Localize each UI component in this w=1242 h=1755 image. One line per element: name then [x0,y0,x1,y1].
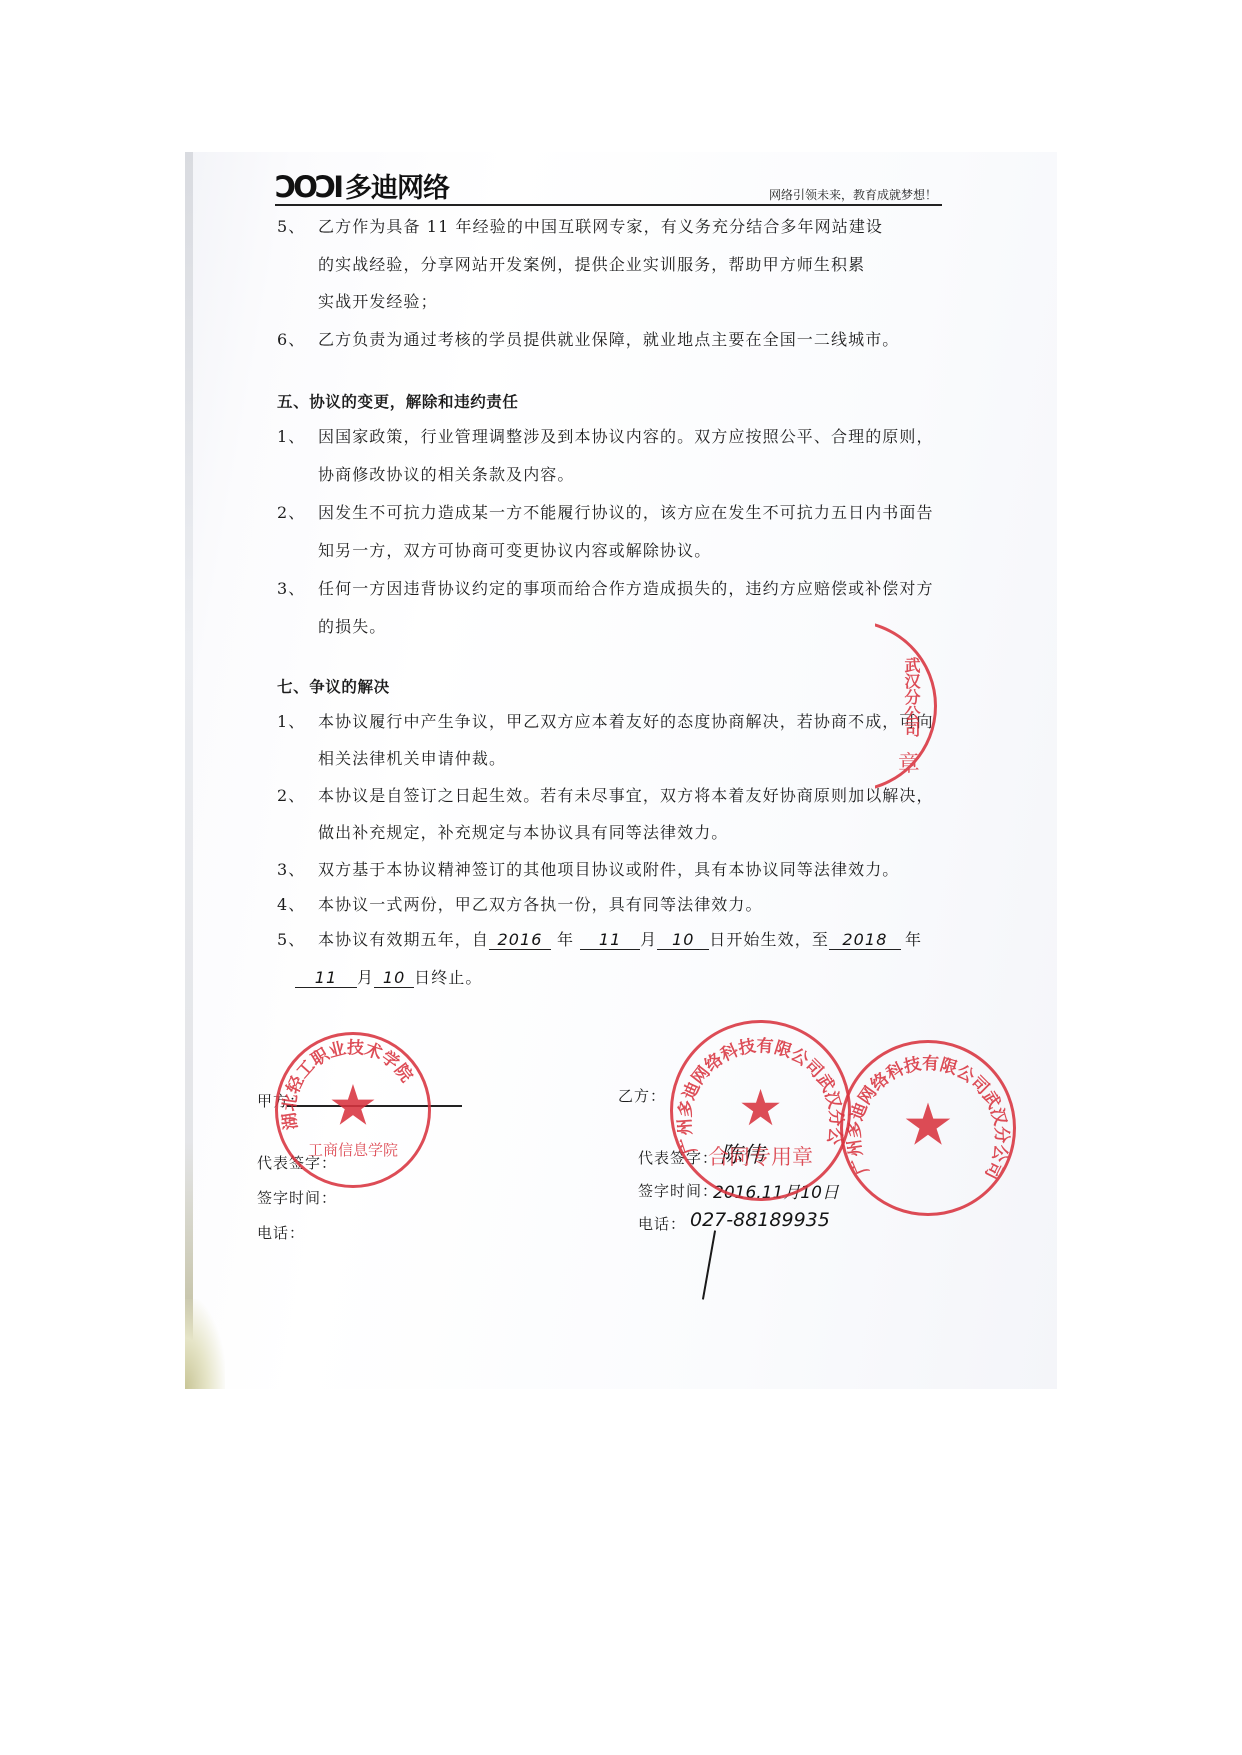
stamp-star-icon: ★ [738,1083,783,1133]
party-b-contract-stamp: 广州多迪网络科技有限公司武汉分公司 ★ 合同专用章 [670,1020,851,1201]
start-year-field: 2016 [489,931,551,950]
start-month-field: 11 [580,931,640,950]
item-number: 1、 [277,427,305,447]
party-a-phone-label: 电话： [257,1222,305,1243]
stamp-star-icon: ★ [328,1079,378,1135]
validity-clause: 本协议有效期五年，自2016年11月10日开始生效，至2018年 [318,930,922,950]
item-number: 4、 [277,895,305,915]
clause-text: 的损失。 [318,617,386,637]
clause-text: 因国家政策，行业管理调整涉及到本协议内容的。双方应按照公平、合理的原则， [318,427,934,447]
item-number: 6、 [277,330,305,350]
end-day-field: 10 [374,969,414,988]
item-number: 2、 [277,503,305,523]
section-title: 五、协议的变更，解除和违约责任 [277,392,519,412]
validity-clause-end: 11月10日终止。 [295,968,483,988]
party-a-official-stamp: 湖北轻工职业技术学院 ★ 工商信息学院 [275,1032,431,1188]
item-number: 3、 [277,860,305,880]
item-number: 1、 [277,712,305,732]
clause-text: 双方基于本协议精神签订的其他项目协议或附件，具有本协议同等法律效力。 [318,860,899,880]
pen-stroke [702,1230,716,1299]
item-number: 3、 [277,579,305,599]
logo-mark: ƆOƆI [275,170,341,204]
clause-text: 因发生不可抗力造成某一方不能履行协议的，该方应在发生不可抗力五日内书面告 [318,503,934,523]
end-month-field: 11 [295,969,357,988]
party-b-phone: 027-88189935 [690,1209,830,1231]
clause-text: 相关法律机关申请仲裁。 [318,749,506,769]
clause-text: 本协议是自签订之日起生效。若有未尽事宜，双方将本着友好协商原则加以解决， [318,786,934,806]
logo-text: 多迪网络 [345,173,449,204]
contract-page: ƆOƆI多迪网络 网络引领未来，教育成就梦想！ 5、 乙方作为具备 11 年经验… [185,152,1057,1389]
clause-text: 知另一方，双方可协商可变更协议内容或解除协议。 [318,541,711,561]
header-slogan: 网络引领未来，教育成就梦想！ [769,186,937,203]
header-divider [275,204,942,206]
clause-text: 协商修改协议的相关条款及内容。 [318,465,575,485]
item-number: 2、 [277,786,305,806]
clause-text: 任何一方因违背协议约定的事项而给合作方造成损失的，违约方应赔偿或补偿对方 [318,579,934,599]
stamp-star-icon: ★ [902,1096,954,1154]
clause-text: 乙方负责为通过考核的学员提供就业保障，就业地点主要在全国一二线城市。 [318,330,899,350]
clause-text: 乙方作为具备 11 年经验的中国互联网专家，有义务充分结合多年网站建设 [318,217,883,237]
clause-text: 的实战经验，分享网站开发案例，提供企业实训服务，帮助甲方师生积累 [318,255,865,275]
clause-text: 本协议履行中产生争议，甲乙双方应本着友好的态度协商解决，若协商不成，可向 [318,712,934,732]
party-a-time-label: 签字时间： [257,1187,337,1208]
item-number: 5、 [277,217,305,237]
clause-text: 实战开发经验； [318,292,438,312]
party-b-label: 乙方： [618,1085,666,1106]
start-day-field: 10 [657,931,709,950]
edge-seal-stamp: 武汉分公司 章 [875,620,937,790]
section-title: 七、争议的解决 [277,677,390,697]
end-year-field: 2018 [829,931,901,950]
party-b-phone-label: 电话： [638,1213,686,1234]
item-number: 5、 [277,930,305,950]
clause-text: 本协议一式两份，甲乙双方各执一份，具有同等法律效力。 [318,895,763,915]
company-logo: ƆOƆI多迪网络 [275,166,449,205]
party-b-company-stamp: 广州多迪网络科技有限公司武汉分公司 ★ [840,1040,1016,1216]
clause-text: 做出补充规定，补充规定与本协议具有同等法律效力。 [318,823,728,843]
